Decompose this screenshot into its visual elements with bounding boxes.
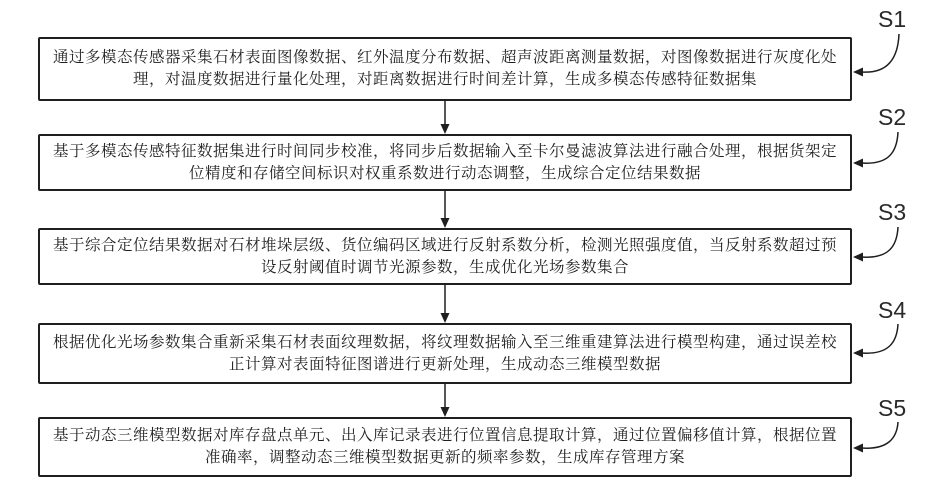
flow-arrow-4-head [441, 407, 450, 417]
flow-step-box-s3: 基于综合定位结果数据对石材堆垛层级、货位编码区域进行反射系数分析，检测光照强度值… [38, 228, 852, 285]
flowchart-figure: 通过多模态传感器采集石材表面图像数据、红外温度分布数据、超声波距离测量数据，对图… [0, 0, 931, 495]
step-text-s4: 根据优化光场参数集合重新采集石材表面纹理数据，将纹理数据输入至三维重建算法进行模… [40, 330, 850, 378]
leader-curve-s4 [861, 324, 898, 353]
leader-arrowhead-s1 [853, 68, 863, 77]
step-text-s1: 通过多模态传感器采集石材表面图像数据、红外温度分布数据、超声波距离测量数据，对图… [40, 45, 850, 93]
flow-step-box-s4: 根据优化光场参数集合重新采集石材表面纹理数据，将纹理数据输入至三维重建算法进行模… [38, 323, 852, 384]
step-label-s4: S4 [878, 297, 920, 324]
flow-step-box-s1: 通过多模态传感器采集石材表面图像数据、红外温度分布数据、超声波距离测量数据，对图… [38, 37, 852, 101]
leader-arrowhead-s5 [853, 444, 863, 453]
step-label-s3: S3 [878, 199, 920, 226]
leader-curve-s5 [861, 422, 898, 448]
step-text-s2: 基于多模态传感特征数据集进行时间同步校准，将同步后数据输入至卡尔曼滤波算法进行融… [40, 139, 850, 187]
leader-arrowhead-s2 [853, 159, 863, 168]
flow-arrow-2-head [441, 218, 450, 228]
leader-arrowhead-s4 [853, 349, 863, 358]
step-text-s3: 基于综合定位结果数据对石材堆垛层级、货位编码区域进行反射系数分析，检测光照强度值… [40, 233, 850, 281]
step-label-s5: S5 [878, 395, 920, 422]
step-text-s5: 基于动态三维模型数据对库存盘点单元、出入库记录表进行位置信息提取计算，通过位置偏… [40, 423, 850, 471]
flow-step-box-s5: 基于动态三维模型数据对库存盘点单元、出入库记录表进行位置信息提取计算，通过位置偏… [38, 417, 852, 477]
leader-curve-s1 [861, 34, 899, 72]
leader-curve-s2 [861, 132, 898, 163]
flow-step-box-s2: 基于多模态传感特征数据集进行时间同步校准，将同步后数据输入至卡尔曼滤波算法进行融… [38, 134, 852, 191]
flow-arrow-1-head [441, 124, 450, 134]
leader-curve-s3 [861, 227, 898, 257]
step-label-s1: S1 [878, 6, 920, 33]
flow-arrow-3-head [441, 313, 450, 323]
step-label-s2: S2 [878, 104, 920, 131]
leader-arrowhead-s3 [853, 253, 863, 262]
